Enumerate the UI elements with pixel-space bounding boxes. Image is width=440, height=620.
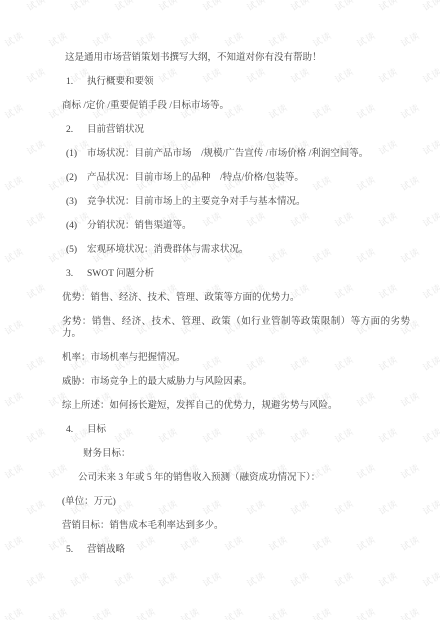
- watermark-text: 试读: [2, 532, 26, 553]
- watermark-text: 试读: [90, 604, 114, 620]
- watermark-text: 试读: [24, 352, 48, 373]
- document-line: (1)市场状况：目前产品市场 /规模/广告宣传 /市场价格 /利润空间等。: [66, 148, 410, 160]
- watermark-text: 试读: [420, 352, 440, 373]
- watermark-text: 试读: [332, 568, 356, 589]
- watermark-text: 试读: [398, 28, 422, 49]
- watermark-text: 试读: [2, 172, 26, 193]
- document-line: 3.SWOT 问题分析: [66, 268, 410, 280]
- document-line: 财务目标：: [83, 448, 410, 460]
- document-line: 优势：销售、经济、技术、管理、政策等方面的优势力。: [62, 292, 410, 304]
- watermark-text: 试读: [24, 496, 48, 517]
- document-page: 试读试读试读试读试读试读试读试读试读试读试读试读试读试读试读试读试读试读试读试读…: [0, 0, 440, 620]
- watermark-text: 试读: [156, 568, 180, 589]
- document-line: 机率：市场机率与把握情况。: [62, 352, 410, 364]
- document-line: 公司未来 3 年或 5 年的销售收入预测（融资成功情况下）：: [78, 472, 410, 484]
- watermark-text: 试读: [376, 568, 400, 589]
- watermark-text: 试读: [266, 28, 290, 49]
- line-text: 市场状况：目前产品市场 /规模/广告宣传 /市场价格 /利润空间等。: [87, 149, 368, 159]
- watermark-text: 试读: [2, 460, 26, 481]
- line-text: 产品状况：目前市场上的品种 /特点/价格/包装等。: [87, 173, 304, 183]
- list-marker: 1.: [66, 76, 87, 88]
- watermark-text: 试读: [266, 604, 290, 620]
- watermark-text: 试读: [200, 568, 224, 589]
- list-marker: 2.: [66, 124, 87, 136]
- list-marker: (2): [66, 172, 87, 184]
- line-text: 分销状况：销售渠道等。: [87, 221, 192, 231]
- watermark-text: 试读: [2, 316, 26, 337]
- line-text: 竞争状况：目前市场上的主要竞争对手与基本情况。: [87, 197, 306, 207]
- line-text: 执行概要和要领: [87, 77, 154, 87]
- document-line: 综上所述：如何扬长避短，发挥自己的优势力，规避劣势与风险。: [62, 400, 410, 412]
- watermark-text: 试读: [420, 496, 440, 517]
- watermark-text: 试读: [2, 604, 26, 620]
- watermark-text: 试读: [310, 28, 334, 49]
- watermark-text: 试读: [376, 0, 400, 14]
- watermark-text: 试读: [2, 28, 26, 49]
- document-content: 这是通用市场营销策划书撰写大纲，不知道对你有没有帮助！1.执行概要和要领商标 /…: [62, 52, 410, 568]
- document-line: 2.目前营销状况: [66, 124, 410, 136]
- watermark-text: 试读: [178, 604, 202, 620]
- watermark-text: 试读: [354, 28, 378, 49]
- watermark-text: 试读: [200, 0, 224, 14]
- watermark-text: 试读: [222, 604, 246, 620]
- watermark-text: 试读: [2, 100, 26, 121]
- watermark-text: 试读: [310, 604, 334, 620]
- document-line: (2)产品状况：目前市场上的品种 /特点/价格/包装等。: [66, 172, 410, 184]
- watermark-text: 试读: [2, 244, 26, 265]
- watermark-text: 试读: [112, 568, 136, 589]
- list-marker: (5): [66, 244, 87, 256]
- watermark-text: 试读: [420, 280, 440, 301]
- document-line: (3)竞争状况：目前市场上的主要竞争对手与基本情况。: [66, 196, 410, 208]
- document-line: 营销目标：销售成本毛利率达到多少。: [62, 520, 410, 532]
- watermark-text: 试读: [420, 0, 440, 14]
- watermark-text: 试读: [24, 136, 48, 157]
- list-marker: (3): [66, 196, 87, 208]
- watermark-text: 试读: [178, 28, 202, 49]
- document-line: 4.目标: [66, 424, 410, 436]
- document-line: 1.执行概要和要领: [66, 76, 410, 88]
- watermark-text: 试读: [420, 424, 440, 445]
- watermark-text: 试读: [398, 604, 422, 620]
- document-line: (单位：万元): [62, 496, 410, 508]
- line-text: 目前营销状况: [87, 125, 144, 135]
- document-line: 威胁：市场竞争上的最大威胁力与风险因素。: [62, 376, 410, 388]
- watermark-text: 试读: [90, 28, 114, 49]
- list-marker: 3.: [66, 268, 87, 280]
- watermark-text: 试读: [112, 0, 136, 14]
- watermark-text: 试读: [244, 0, 268, 14]
- watermark-text: 试读: [24, 64, 48, 85]
- watermark-text: 试读: [288, 0, 312, 14]
- watermark-text: 试读: [420, 64, 440, 85]
- line-text: 营销战略: [87, 545, 125, 555]
- watermark-text: 试读: [244, 568, 268, 589]
- list-marker: (4): [66, 220, 87, 232]
- watermark-text: 试读: [354, 604, 378, 620]
- watermark-text: 试读: [68, 0, 92, 14]
- watermark-text: 试读: [46, 28, 70, 49]
- watermark-text: 试读: [420, 208, 440, 229]
- list-marker: 5.: [66, 544, 87, 556]
- watermark-text: 试读: [420, 136, 440, 157]
- watermark-text: 试读: [68, 568, 92, 589]
- line-text: 目标: [87, 425, 106, 435]
- watermark-text: 试读: [24, 568, 48, 589]
- document-line: 这是通用市场营销策划书撰写大纲，不知道对你有没有帮助！: [65, 52, 410, 64]
- watermark-text: 试读: [24, 424, 48, 445]
- document-line: (4)分销状况：销售渠道等。: [66, 220, 410, 232]
- watermark-text: 试读: [46, 604, 70, 620]
- document-line: (5)宏观环境状况：消费群体与需求状况。: [66, 244, 410, 256]
- watermark-text: 试读: [2, 388, 26, 409]
- line-text: SWOT 问题分析: [87, 269, 154, 279]
- watermark-text: 试读: [24, 280, 48, 301]
- document-line: 劣势：销售、经济、技术、管理、政策（如行业管制等政策限制）等方面的劣势力。: [62, 316, 410, 340]
- line-text: 宏观环境状况：消费群体与需求状况。: [87, 245, 249, 255]
- watermark-text: 试读: [222, 28, 246, 49]
- watermark-text: 试读: [134, 28, 158, 49]
- watermark-text: 试读: [24, 0, 48, 14]
- watermark-text: 试读: [332, 0, 356, 14]
- watermark-text: 试读: [420, 568, 440, 589]
- watermark-text: 试读: [24, 208, 48, 229]
- watermark-text: 试读: [134, 604, 158, 620]
- document-line: 5.营销战略: [66, 544, 410, 556]
- list-marker: 4.: [66, 424, 87, 436]
- watermark-text: 试读: [288, 568, 312, 589]
- document-line: 商标 /定价 /重要促销手段 /目标市场等。: [62, 100, 410, 112]
- list-marker: (1): [66, 148, 87, 160]
- watermark-text: 试读: [156, 0, 180, 14]
